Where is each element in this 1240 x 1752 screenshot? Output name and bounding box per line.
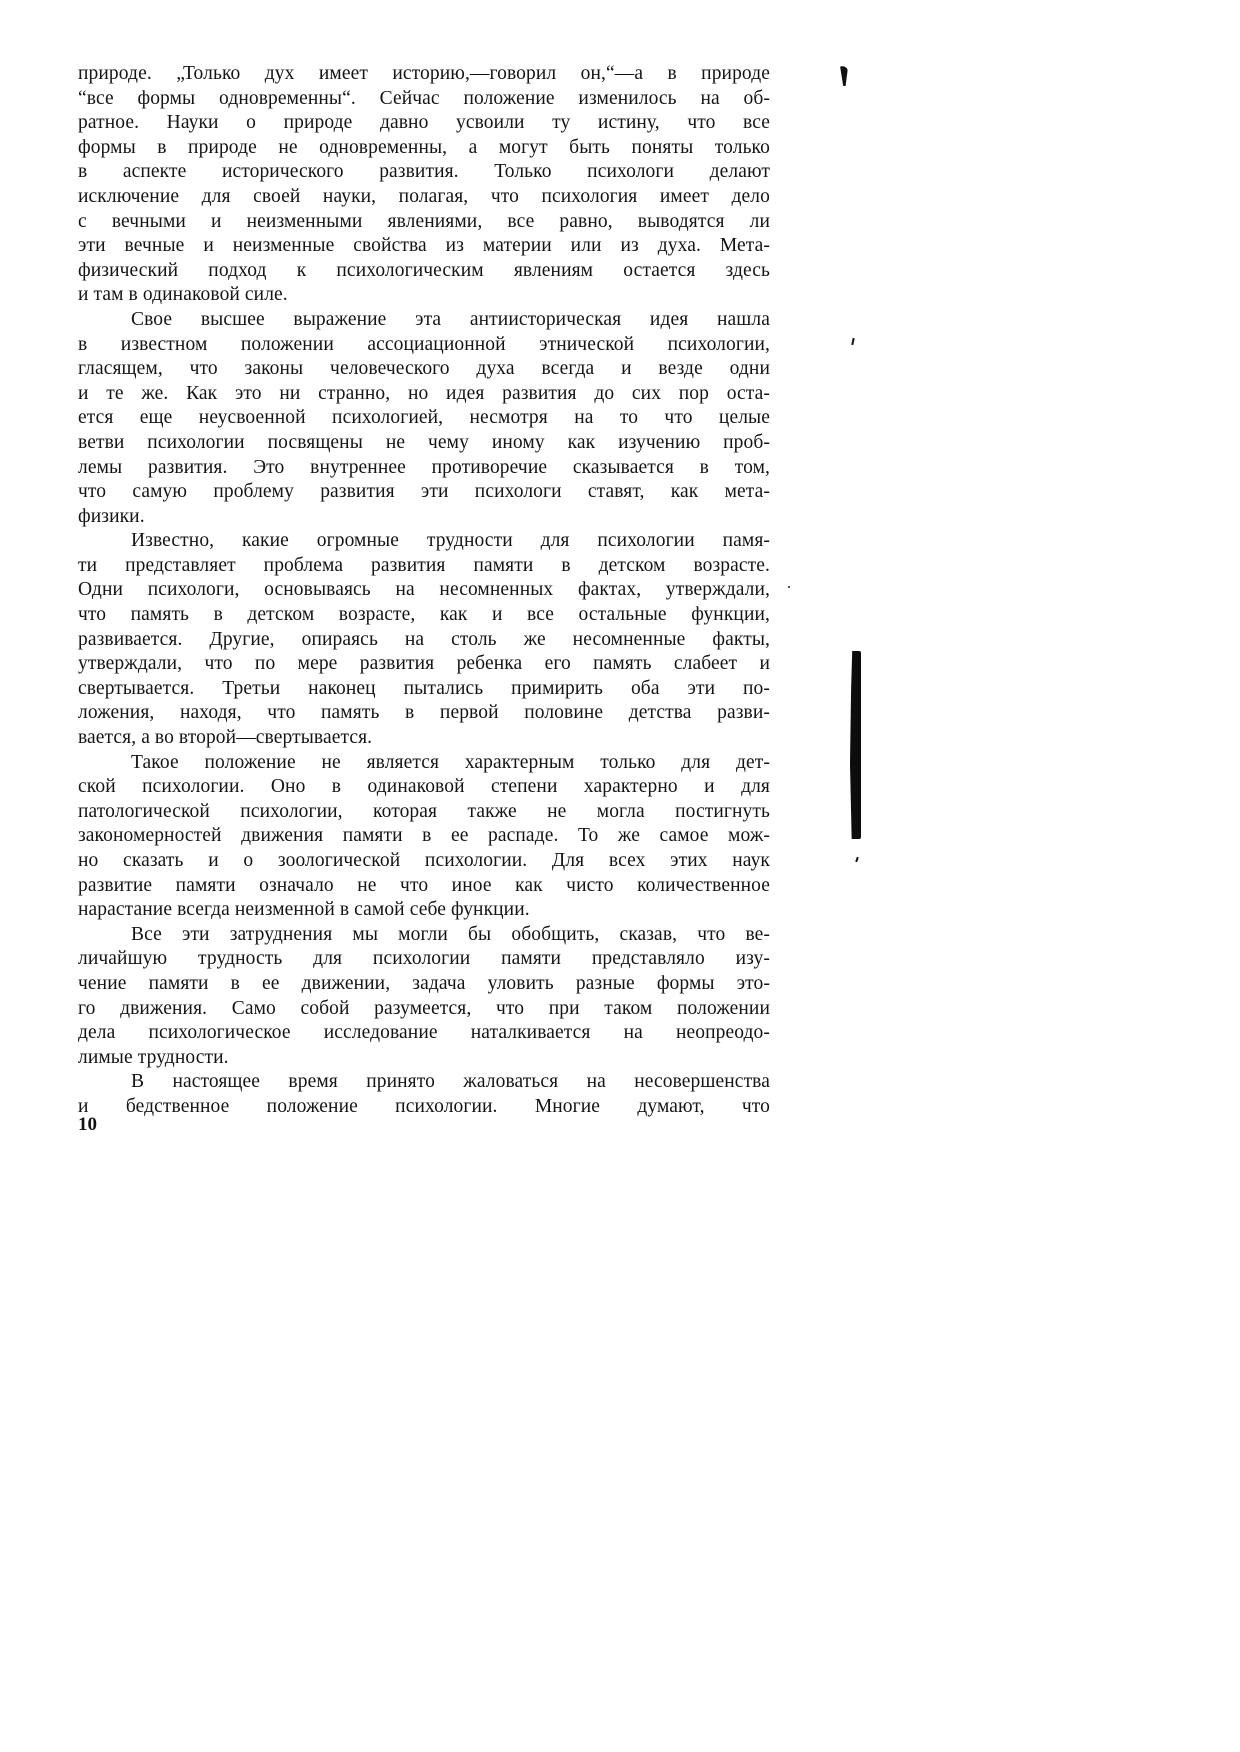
text-line: но сказать и о зоологической психологии.… [78,849,770,874]
text-line: Известно, какие огромные трудности для п… [78,529,770,554]
text-line: гласящем, что законы человеческого духа … [78,357,770,382]
body-text: природе. „Только дух имеет историю,—гово… [78,62,770,1120]
scan-artifact-dot [788,586,790,588]
page-number: 10 [78,1113,97,1137]
text-line: Такое положение не является характерным … [78,751,770,776]
text-line: дела психологическое исследование наталк… [78,1021,770,1046]
text-line: Все эти затруднения мы могли бы обобщить… [78,923,770,948]
text-line: эти вечные и неизменные свойства из мате… [78,234,770,259]
text-line: что самую проблему развития эти психолог… [78,480,770,505]
scan-artifact-dot [851,338,854,345]
text-line: Одни психологи, основываясь на несомненн… [78,578,770,603]
scan-artifact-dot [855,857,859,862]
text-line: нарастание всегда неизменной в самой себ… [78,898,770,923]
text-line: личайшую трудность для психологии памяти… [78,947,770,972]
text-line: и там в одинаковой силе. [78,283,770,308]
paragraph-5: Все эти затруднения мы могли бы обобщить… [78,923,770,1071]
scanned-page: природе. „Только дух имеет историю,—гово… [0,0,1240,1752]
text-line: “все формы одновременны“. Сейчас положен… [78,87,770,112]
text-line: В настоящее время принято жаловаться на … [78,1070,770,1095]
paragraph-2: Свое высшее выражение эта антиисторическ… [78,308,770,529]
text-line: физический подход к психологическим явле… [78,259,770,284]
text-line: и бедственное положение психологии. Мног… [78,1095,770,1120]
scan-artifact-mark [840,66,848,86]
paragraph-1: природе. „Только дух имеет историю,—гово… [78,62,770,308]
text-line: патологической психологии, которая также… [78,800,770,825]
text-line: ветви психологии посвящены не чему иному… [78,431,770,456]
text-line: и те же. Как это ни странно, но идея раз… [78,382,770,407]
text-line: ской психологии. Оно в одинаковой степен… [78,775,770,800]
text-line: лимые трудности. [78,1046,770,1071]
paragraph-3: Известно, какие огромные трудности для п… [78,529,770,750]
paragraph-4: Такое положение не является характерным … [78,751,770,923]
text-line: свертывается. Третьи наконец пытались пр… [78,677,770,702]
text-line: лемы развития. Это внутреннее противореч… [78,456,770,481]
text-line: закономерностей движения памяти в ее рас… [78,824,770,849]
text-line: чение памяти в ее движении, задача улови… [78,972,770,997]
text-line: что память в детском возрасте, как и все… [78,603,770,628]
text-line: исключение для своей науки, полагая, что… [78,185,770,210]
text-line: физики. [78,505,770,530]
text-line: развитие памяти означало не что иное как… [78,874,770,899]
text-line: ратное. Науки о природе давно усвоили ту… [78,111,770,136]
text-line: вается, а во второй—свертывается. [78,726,770,751]
text-line: в аспекте исторического развития. Только… [78,160,770,185]
margin-marker-bar [850,651,861,839]
text-line: в известном положении ассоциационной этн… [78,333,770,358]
text-line: ется еще неусвоенной психологией, несмот… [78,406,770,431]
text-line: развивается. Другие, опираясь на столь ж… [78,628,770,653]
text-line: го движения. Само собой разумеется, что … [78,997,770,1022]
text-line: с вечными и неизменными явлениями, все р… [78,210,770,235]
paragraph-6: В настоящее время принято жаловаться на … [78,1070,770,1119]
text-line: формы в природе не одновременны, а могут… [78,136,770,161]
text-line: Свое высшее выражение эта антиисторическ… [78,308,770,333]
text-line: природе. „Только дух имеет историю,—гово… [78,62,770,87]
text-line: утверждали, что по мере развития ребенка… [78,652,770,677]
text-line: ти представляет проблема развития памяти… [78,554,770,579]
text-line: ложения, находя, что память в первой пол… [78,701,770,726]
